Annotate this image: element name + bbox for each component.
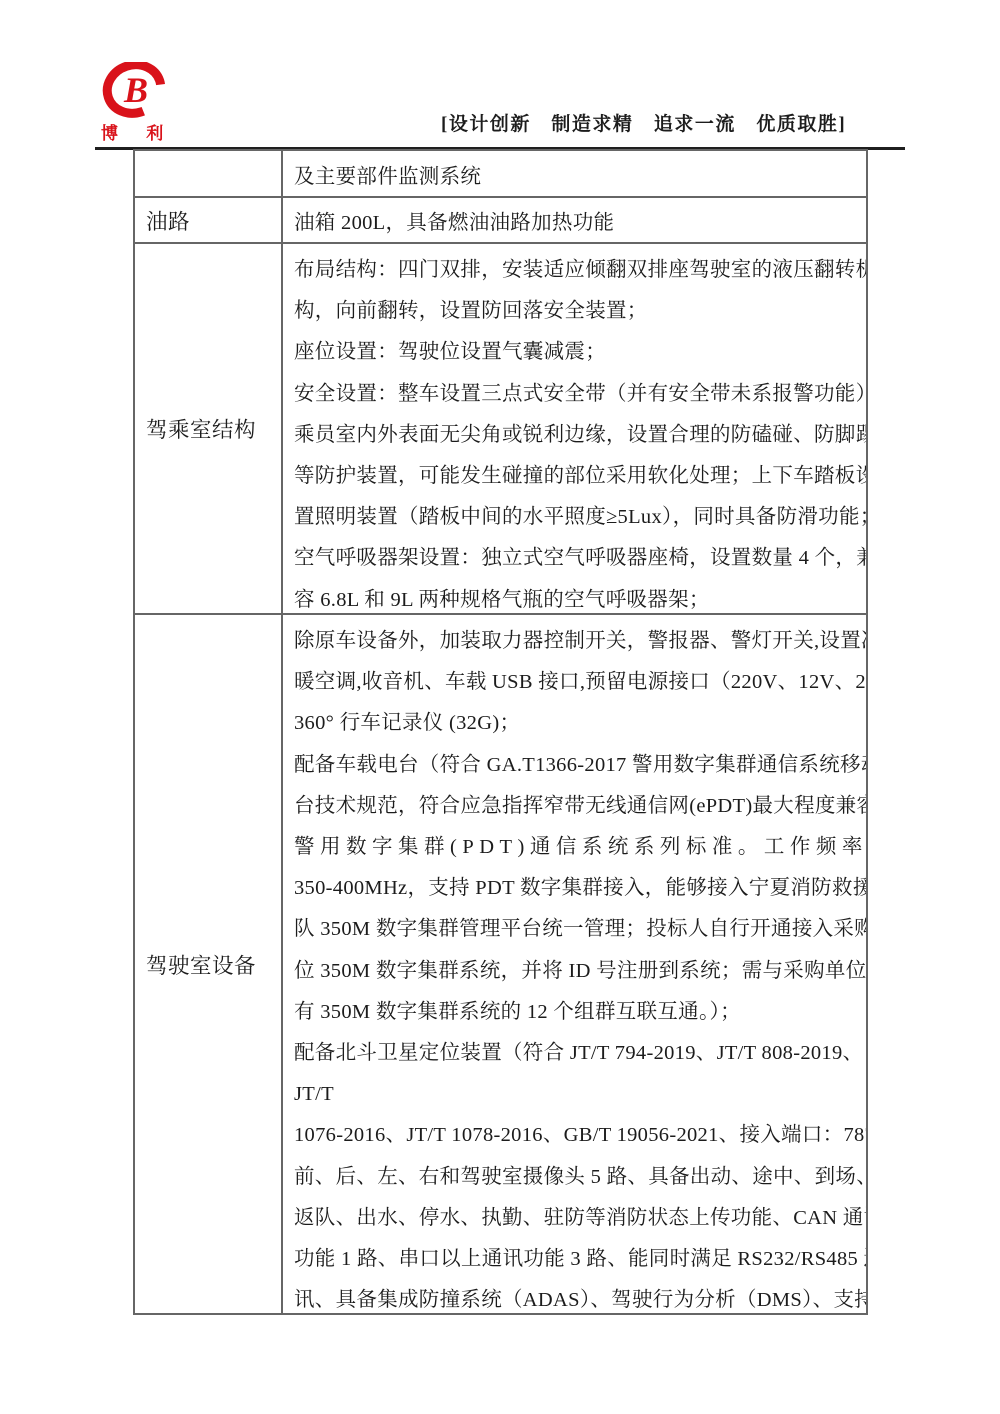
text-line: 等防护装置，可能发生碰撞的部位采用软化处理；上下车踏板设	[294, 456, 863, 497]
text-line: 安全设置：整车设置三点式安全带（并有安全带未系报警功能），	[294, 374, 863, 415]
text-line: 前、后、左、右和驾驶室摄像头 5 路、具备出动、途中、到场、	[294, 1157, 863, 1198]
text-line: 功能 1 路、串口以上通讯功能 3 路、能同时满足 RS232/RS485 通	[294, 1239, 863, 1280]
brand-logo: B 博 利	[98, 62, 188, 144]
row-content-cell: 及主要部件监测系统	[283, 151, 866, 196]
text-line: 构，向前翻转，设置防回落安全装置；	[294, 291, 863, 332]
text-line: 队 350M 数字集群管理平台统一管理；投标人自行开通接入采购单	[294, 909, 863, 950]
text-line: 配备车载电台（符合 GA.T1366-2017 警用数字集群通信系统移动	[294, 745, 863, 786]
text-line: 有 350M 数字集群系统的 12 个组群互联互通。）；	[294, 992, 863, 1033]
row-content-cell: 布局结构：四门双排，安装适应倾翻双排座驾驶室的液压翻转机构，向前翻转，设置防回落…	[283, 244, 866, 613]
text-line: 油箱 200L，具备燃油油路加热功能	[294, 205, 614, 235]
text-line: JT/T	[294, 1074, 863, 1115]
text-line: 360° 行车记录仪 (32G)；	[294, 703, 863, 744]
text-line: 及主要部件监测系统	[294, 159, 481, 189]
text-line: 350-400MHz，支持 PDT 数字集群接入，能够接入宁夏消防救援总	[294, 868, 863, 909]
text-line: 位 350M 数字集群系统，并将 ID 号注册到系统；需与采购单位现	[294, 951, 863, 992]
text-line: 警用数字集群(PDT)通信系统系列标准。工作频率范围	[294, 827, 863, 868]
row-label-cell: 油路	[135, 198, 283, 242]
row-label-cell: 驾乘室结构	[135, 244, 283, 613]
row-label-cell: 驾驶室设备	[135, 615, 283, 1313]
brand-logo-icon: B	[98, 62, 172, 118]
text-line: 布局结构：四门双排，安装适应倾翻双排座驾驶室的液压翻转机	[294, 250, 863, 291]
text-line: 讯、具备集成防撞系统（ADAS）、驾驶行为分析（DMS）、支持全	[294, 1280, 863, 1313]
text-line: 除原车设备外，加装取力器控制开关，警报器、警灯开关,设置冷	[294, 621, 863, 662]
text-line: 置照明装置（踏板中间的水平照度≥5Lux），同时具备防滑功能；	[294, 497, 863, 538]
row-content-cell: 除原车设备外，加装取力器控制开关，警报器、警灯开关,设置冷暖空调,收音机、车载 …	[283, 615, 866, 1313]
text-line: 1076-2016、JT/T 1078-2016、GB/T 19056-2021…	[294, 1115, 863, 1156]
table-row-cab-equipment: 驾驶室设备 除原车设备外，加装取力器控制开关，警报器、警灯开关,设置冷暖空调,收…	[135, 613, 866, 1313]
spec-table: 及主要部件监测系统 油路 油箱 200L，具备燃油油路加热功能 驾乘室结构 布局…	[133, 149, 868, 1315]
table-row-cab-structure: 驾乘室结构 布局结构：四门双排，安装适应倾翻双排座驾驶室的液压翻转机构，向前翻转…	[135, 242, 866, 613]
text-line: 空气呼吸器架设置：独立式空气呼吸器座椅，设置数量 4 个，兼	[294, 538, 863, 579]
text-line: 返队、出水、停水、执勤、驻防等消防状态上传功能、CAN 通讯	[294, 1198, 863, 1239]
header-slogan: [设计创新 制造求精 追求一流 优质取胜]	[441, 109, 846, 136]
text-line: 乘员室内外表面无尖角或锐利边缘，设置合理的防磕碰、防脚踢	[294, 415, 863, 456]
text-line: 容 6.8L 和 9L 两种规格气瓶的空气呼吸器架；	[294, 580, 863, 613]
brand-initial: B	[123, 70, 148, 110]
text-line: 暖空调,收音机、车载 USB 接口,预留电源接口（220V、12V、24V），	[294, 662, 863, 703]
text-line: 台技术规范，符合应急指挥窄带无线通信网(ePDT)最大程度兼容	[294, 786, 863, 827]
text-line: 配备北斗卫星定位装置（符合 JT/T 794-2019、JT/T 808-201…	[294, 1033, 863, 1074]
row-content-cell: 油箱 200L，具备燃油油路加热功能	[283, 198, 866, 242]
text-line: 座位设置：驾驶位设置气囊减震；	[294, 332, 863, 373]
table-row-continued: 及主要部件监测系统	[135, 151, 866, 196]
row-label-cell	[135, 151, 283, 196]
brand-name: 博 利	[101, 119, 188, 144]
table-row-fuel-line: 油路 油箱 200L，具备燃油油路加热功能	[135, 196, 866, 242]
